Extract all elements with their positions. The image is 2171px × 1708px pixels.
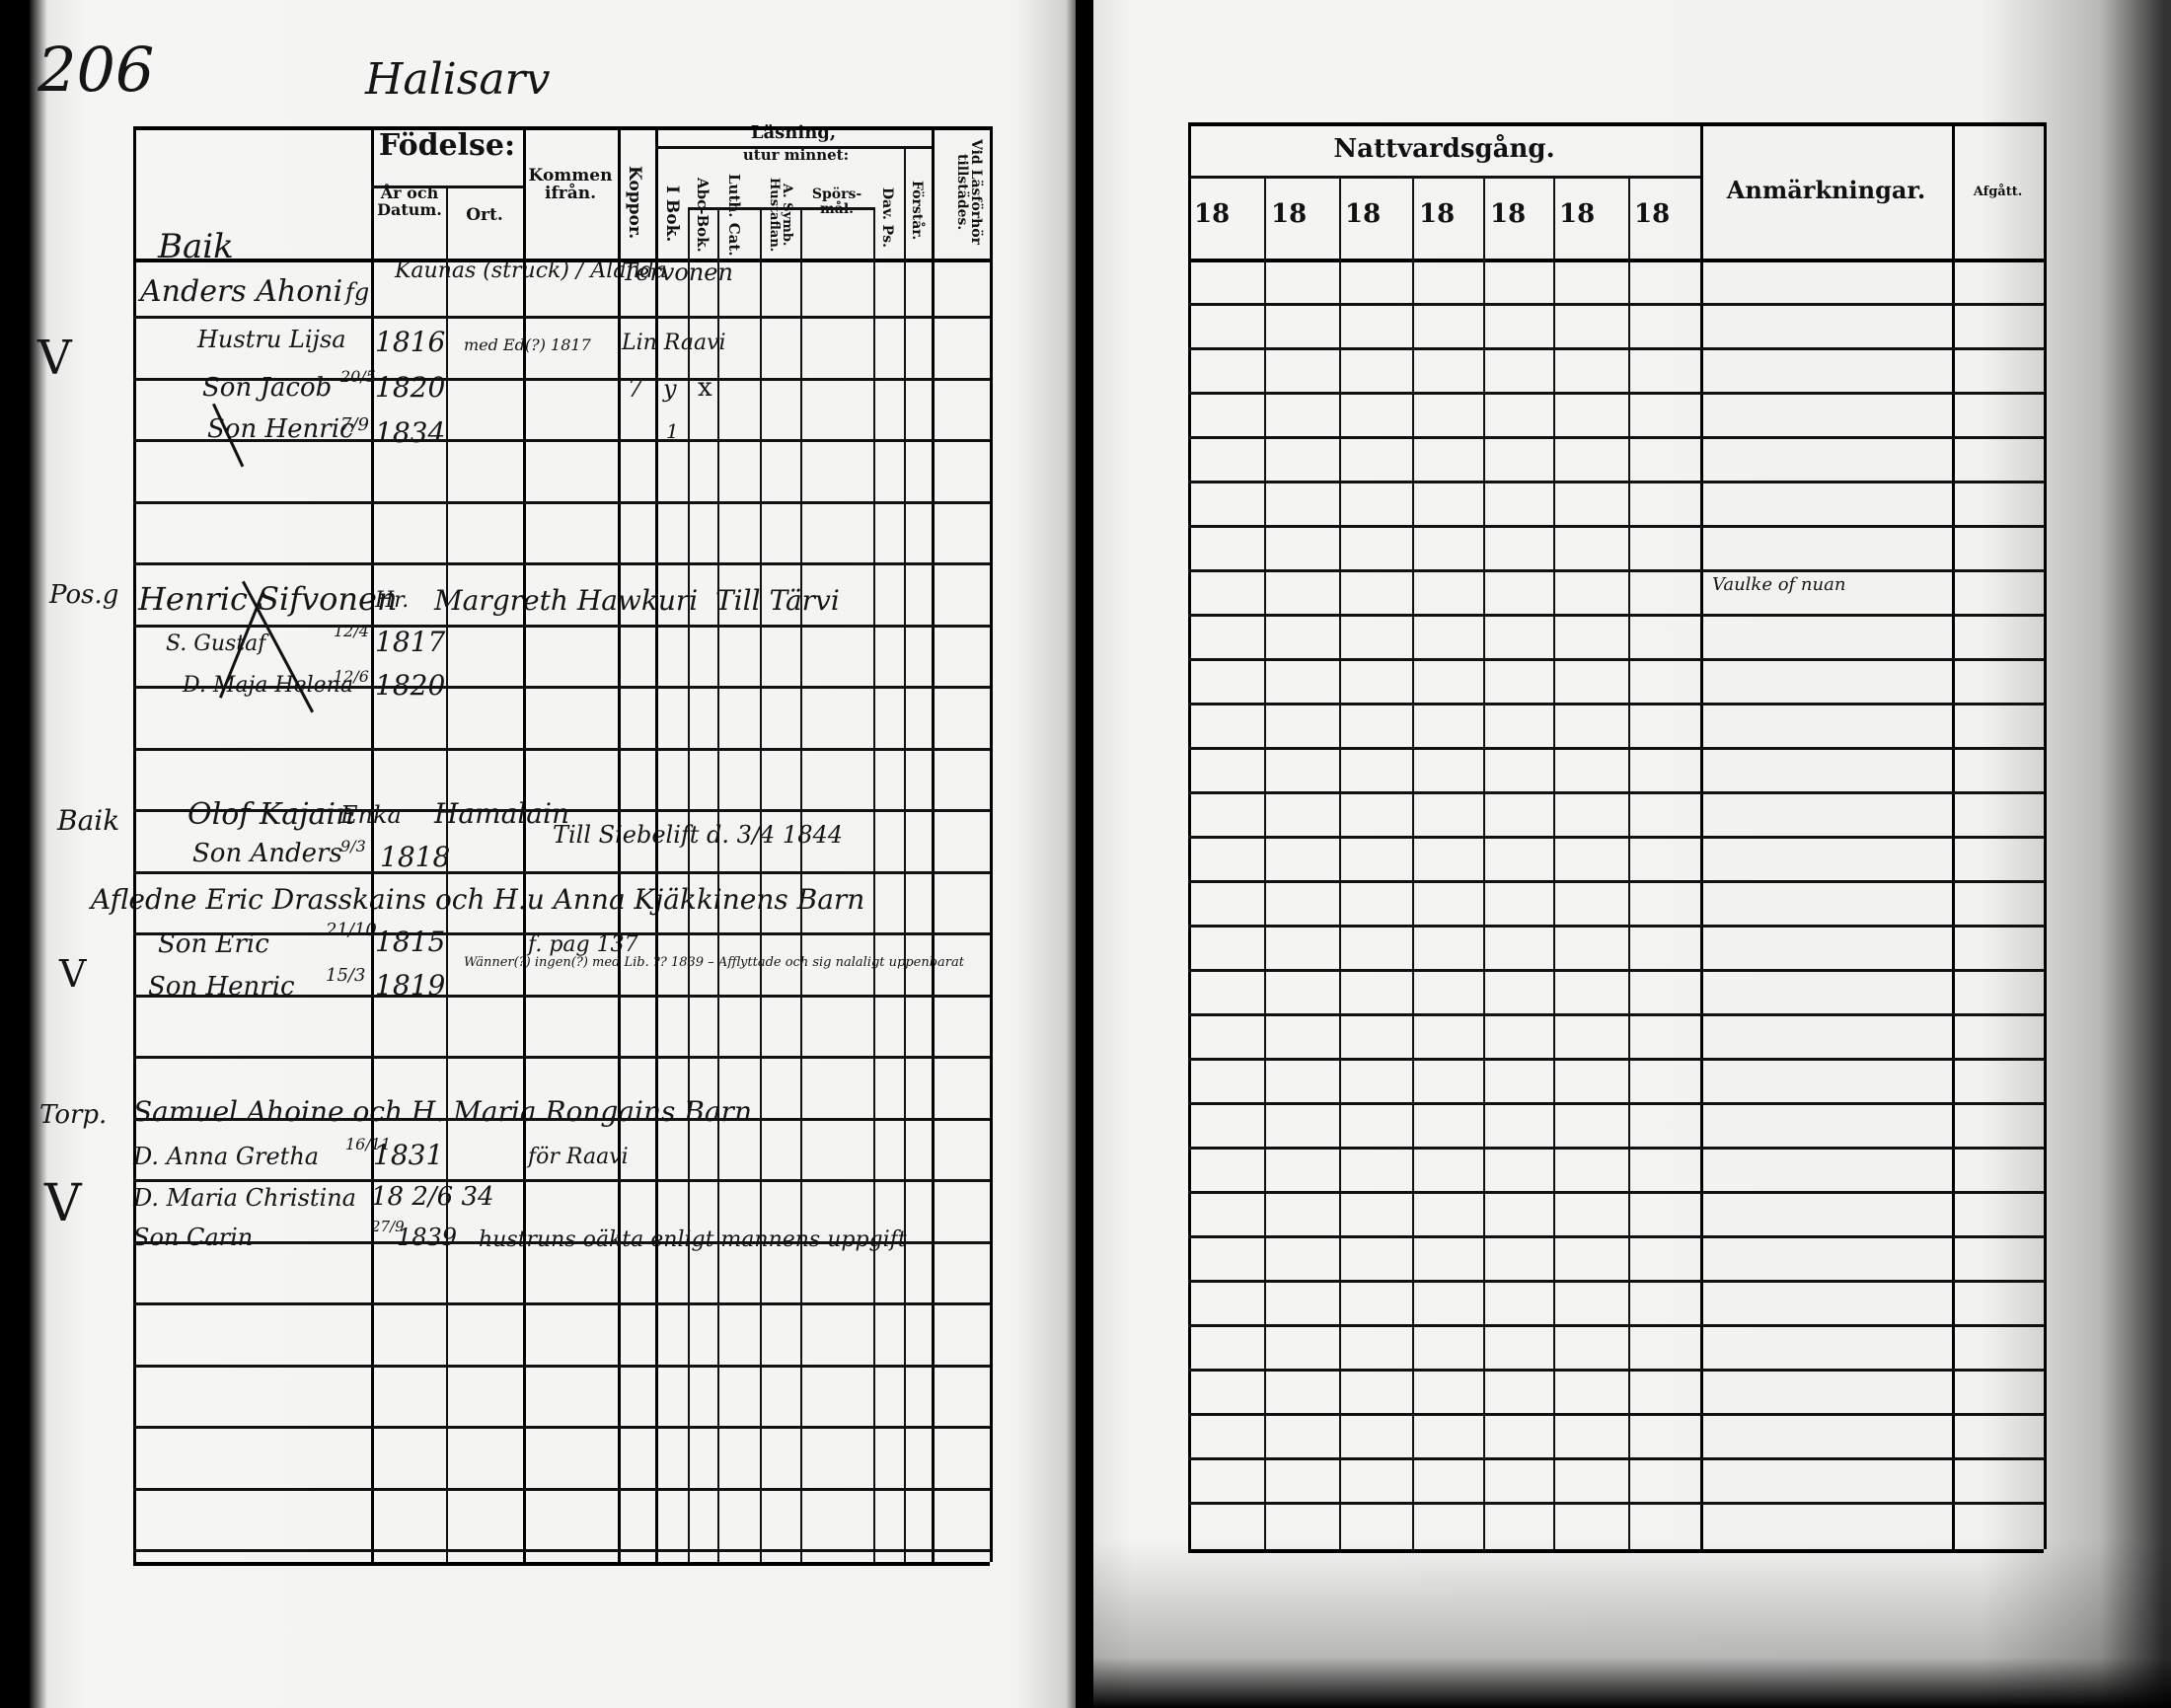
grid-line [371,186,523,188]
grid-line [133,995,990,998]
grid-line [655,126,658,1562]
header-luth-cat: Luth. Cat. [726,174,741,257]
grid-line [655,146,932,149]
grid-line [1188,658,2044,661]
year-prefix: 18 [1419,199,1455,229]
entry-date: 12/6 [334,667,369,686]
grid-line [1188,259,2044,262]
header-smallpox: Koppor. [626,148,642,257]
entry-name: D. Maria Christina [133,1184,356,1212]
remark-text: Vaulke of nuan [1712,574,1845,595]
year-prefix: 18 [1490,199,1526,229]
grid-line [1188,1549,2044,1553]
header-dav-ps: Dav. Ps. [880,183,894,252]
grid-line [133,1365,990,1368]
grid-line [133,1549,990,1552]
header-birth: Födelse: [373,130,521,162]
year-prefix: 18 [1345,199,1381,229]
grid-line [2044,122,2047,1549]
entry-place: Hamalain [434,797,569,830]
grid-line [371,126,374,1562]
grid-line [1188,1013,2044,1016]
grid-line [133,259,990,262]
header-questions: Spörs-mål. [800,187,873,216]
entry-note: hustruns oäkta enligt mannens uppgift [479,1227,907,1252]
grid-line [1188,1457,2044,1460]
entry-year: 1818 [380,841,450,873]
entry-name: S. Gustaf [166,631,265,656]
grid-line [133,316,990,319]
grid-line [1188,122,2044,126]
entry-date: 21/10 [326,920,377,940]
header-admitted: Vid Läsförhör tillstädes. [937,126,983,259]
grid-line [688,207,873,210]
entry-year: 1820 [375,371,445,404]
grid-line [133,871,990,874]
header-communion: Nattvardsgång. [1188,136,1700,163]
grid-line [1188,836,2044,839]
entry-place: Margreth Hawkuri [434,584,698,617]
village-name: Halisarv [365,54,550,105]
margin-note: Baik [57,804,119,837]
grid-line [133,562,990,565]
entry-note: för Raavi [528,1145,629,1169]
grid-line [1188,436,2044,439]
grid-line [133,501,990,504]
grid-line [133,378,990,381]
grid-line [1188,1235,2044,1238]
entry-note: Wänner(?) ingen(?) med Lib. ?? 1839 – Af… [464,955,964,970]
grid-line [1188,525,2044,528]
grid-line [873,207,875,1562]
entry-name: Samuel Ahoine och H. Maria Rongains Barn [133,1095,752,1128]
entry-name: Anders Ahoni [140,274,342,309]
grid-line [1628,176,1630,1549]
grid-line [1188,747,2044,750]
entry-name: Son Anders [192,839,342,868]
grid-line [133,1241,990,1244]
grid-line [1188,303,2044,306]
grid-line [932,126,935,1562]
grid-line [1188,1369,2044,1372]
entry-name: Henric Sifvonen [138,580,398,618]
grid-line [1188,614,2044,617]
header-remarks: Anmärkningar. [1700,178,1952,202]
grid-line [1483,176,1485,1549]
entry-year: 1817 [375,626,445,658]
grid-line [990,126,993,1562]
entry-note: med Ed(?) 1817 [464,335,591,354]
grid-line [1188,1502,2044,1505]
year-prefix: 18 [1194,199,1230,229]
grid-line [1339,176,1341,1549]
grid-line [1188,1324,2044,1327]
margin-checkmark: V [44,1174,82,1233]
grid-line [1264,176,1266,1549]
entry-note: f. pag 137 [528,932,638,957]
entry-date: 15/3 [326,965,365,986]
grid-line [1188,880,2044,883]
entry-note: fg [345,278,369,306]
grid-line [1412,176,1414,1549]
grid-line [133,439,990,442]
grid-line [1188,925,2044,928]
header-came-from: Kommen ifrån. [523,168,618,203]
grid-line [1188,1191,2044,1194]
year-prefix: 18 [1559,199,1595,229]
header-abc-book: Abc-Bok. [695,174,710,257]
entry-year: 1815 [375,926,445,958]
entry-year: 1834 [375,416,445,449]
header-departed: Afgått. [1952,186,2044,199]
header-symb: A. Symb. Hustaflan. [762,174,793,257]
grid-line [133,686,990,689]
entry-name: Son Carin [133,1224,253,1251]
grid-line [1188,569,2044,572]
entry-moved-to: Till Siebelift d. 3/4 1844 [553,821,843,849]
grid-line [1188,347,2044,350]
grid-line [688,207,690,1562]
grid-line [904,148,906,1562]
grid-line [133,1118,990,1121]
entry-note: Hr. [375,588,409,613]
entry-moved-to: Till Tärvi [715,584,840,617]
header-year-date: År och Datum. [373,186,446,219]
entry-came-from: Tervonen [622,259,733,286]
entry-year: 1816 [375,326,445,358]
entry-year: 18 2/6 34 [371,1182,494,1212]
grid-line [1188,791,2044,794]
grid-line [1188,1413,2044,1416]
grid-line [133,1488,990,1491]
margin-note: Pos.g [49,580,118,610]
page-damage-shadow [1093,1539,2171,1708]
year-prefix: 18 [1271,199,1307,229]
year-prefix: 18 [1634,199,1670,229]
grid-line [1553,176,1555,1549]
header-by-heart: utur minnet: [688,148,904,164]
right-page [1093,0,2171,1708]
entry-name: Afledne Eric Drasskains och H.u Anna Kjä… [91,883,864,916]
grid-line [1188,1102,2044,1105]
entry-name: D. Anna Gretha [133,1143,319,1170]
header-place: Ort. [446,207,523,225]
entry-date: 7/9 [340,414,369,435]
grid-line [133,1562,990,1566]
grid-line [1188,392,2044,395]
grid-line [1188,703,2044,705]
entry-name: Hustru Lijsa [197,326,346,353]
margin-note: Torp. [39,1100,107,1130]
grid-line [133,126,990,130]
grid-line [1188,481,2044,483]
header-in-book: I Bok. [663,180,680,249]
grid-line [133,126,136,1562]
grid-line [133,1426,990,1429]
grid-line [133,932,990,935]
entry-note: Lin Raavi [622,331,726,355]
header-understanding: Förstår. [910,166,924,255]
grid-line [133,809,990,812]
entry-date: 9/3 [340,837,366,855]
grid-line [133,1302,990,1305]
grid-line [1188,1058,2044,1061]
entry-year: 1831 [373,1139,443,1171]
grid-line [1188,1280,2044,1283]
grid-line [133,1179,990,1182]
page-number: 206 [37,34,154,106]
grid-line [523,126,526,1562]
margin-checkmark: V [37,331,72,386]
entry-name: Olof Kajain [187,797,354,832]
grid-line [618,126,621,1562]
grid-line [1188,969,2044,972]
grid-line [800,207,802,1562]
grid-line [1188,1147,2044,1150]
grid-line [717,207,719,1562]
margin-checkmark: V [59,952,86,996]
grid-line [133,1056,990,1059]
grid-line [133,625,990,628]
grid-line [133,748,990,751]
grid-line [760,207,762,1562]
